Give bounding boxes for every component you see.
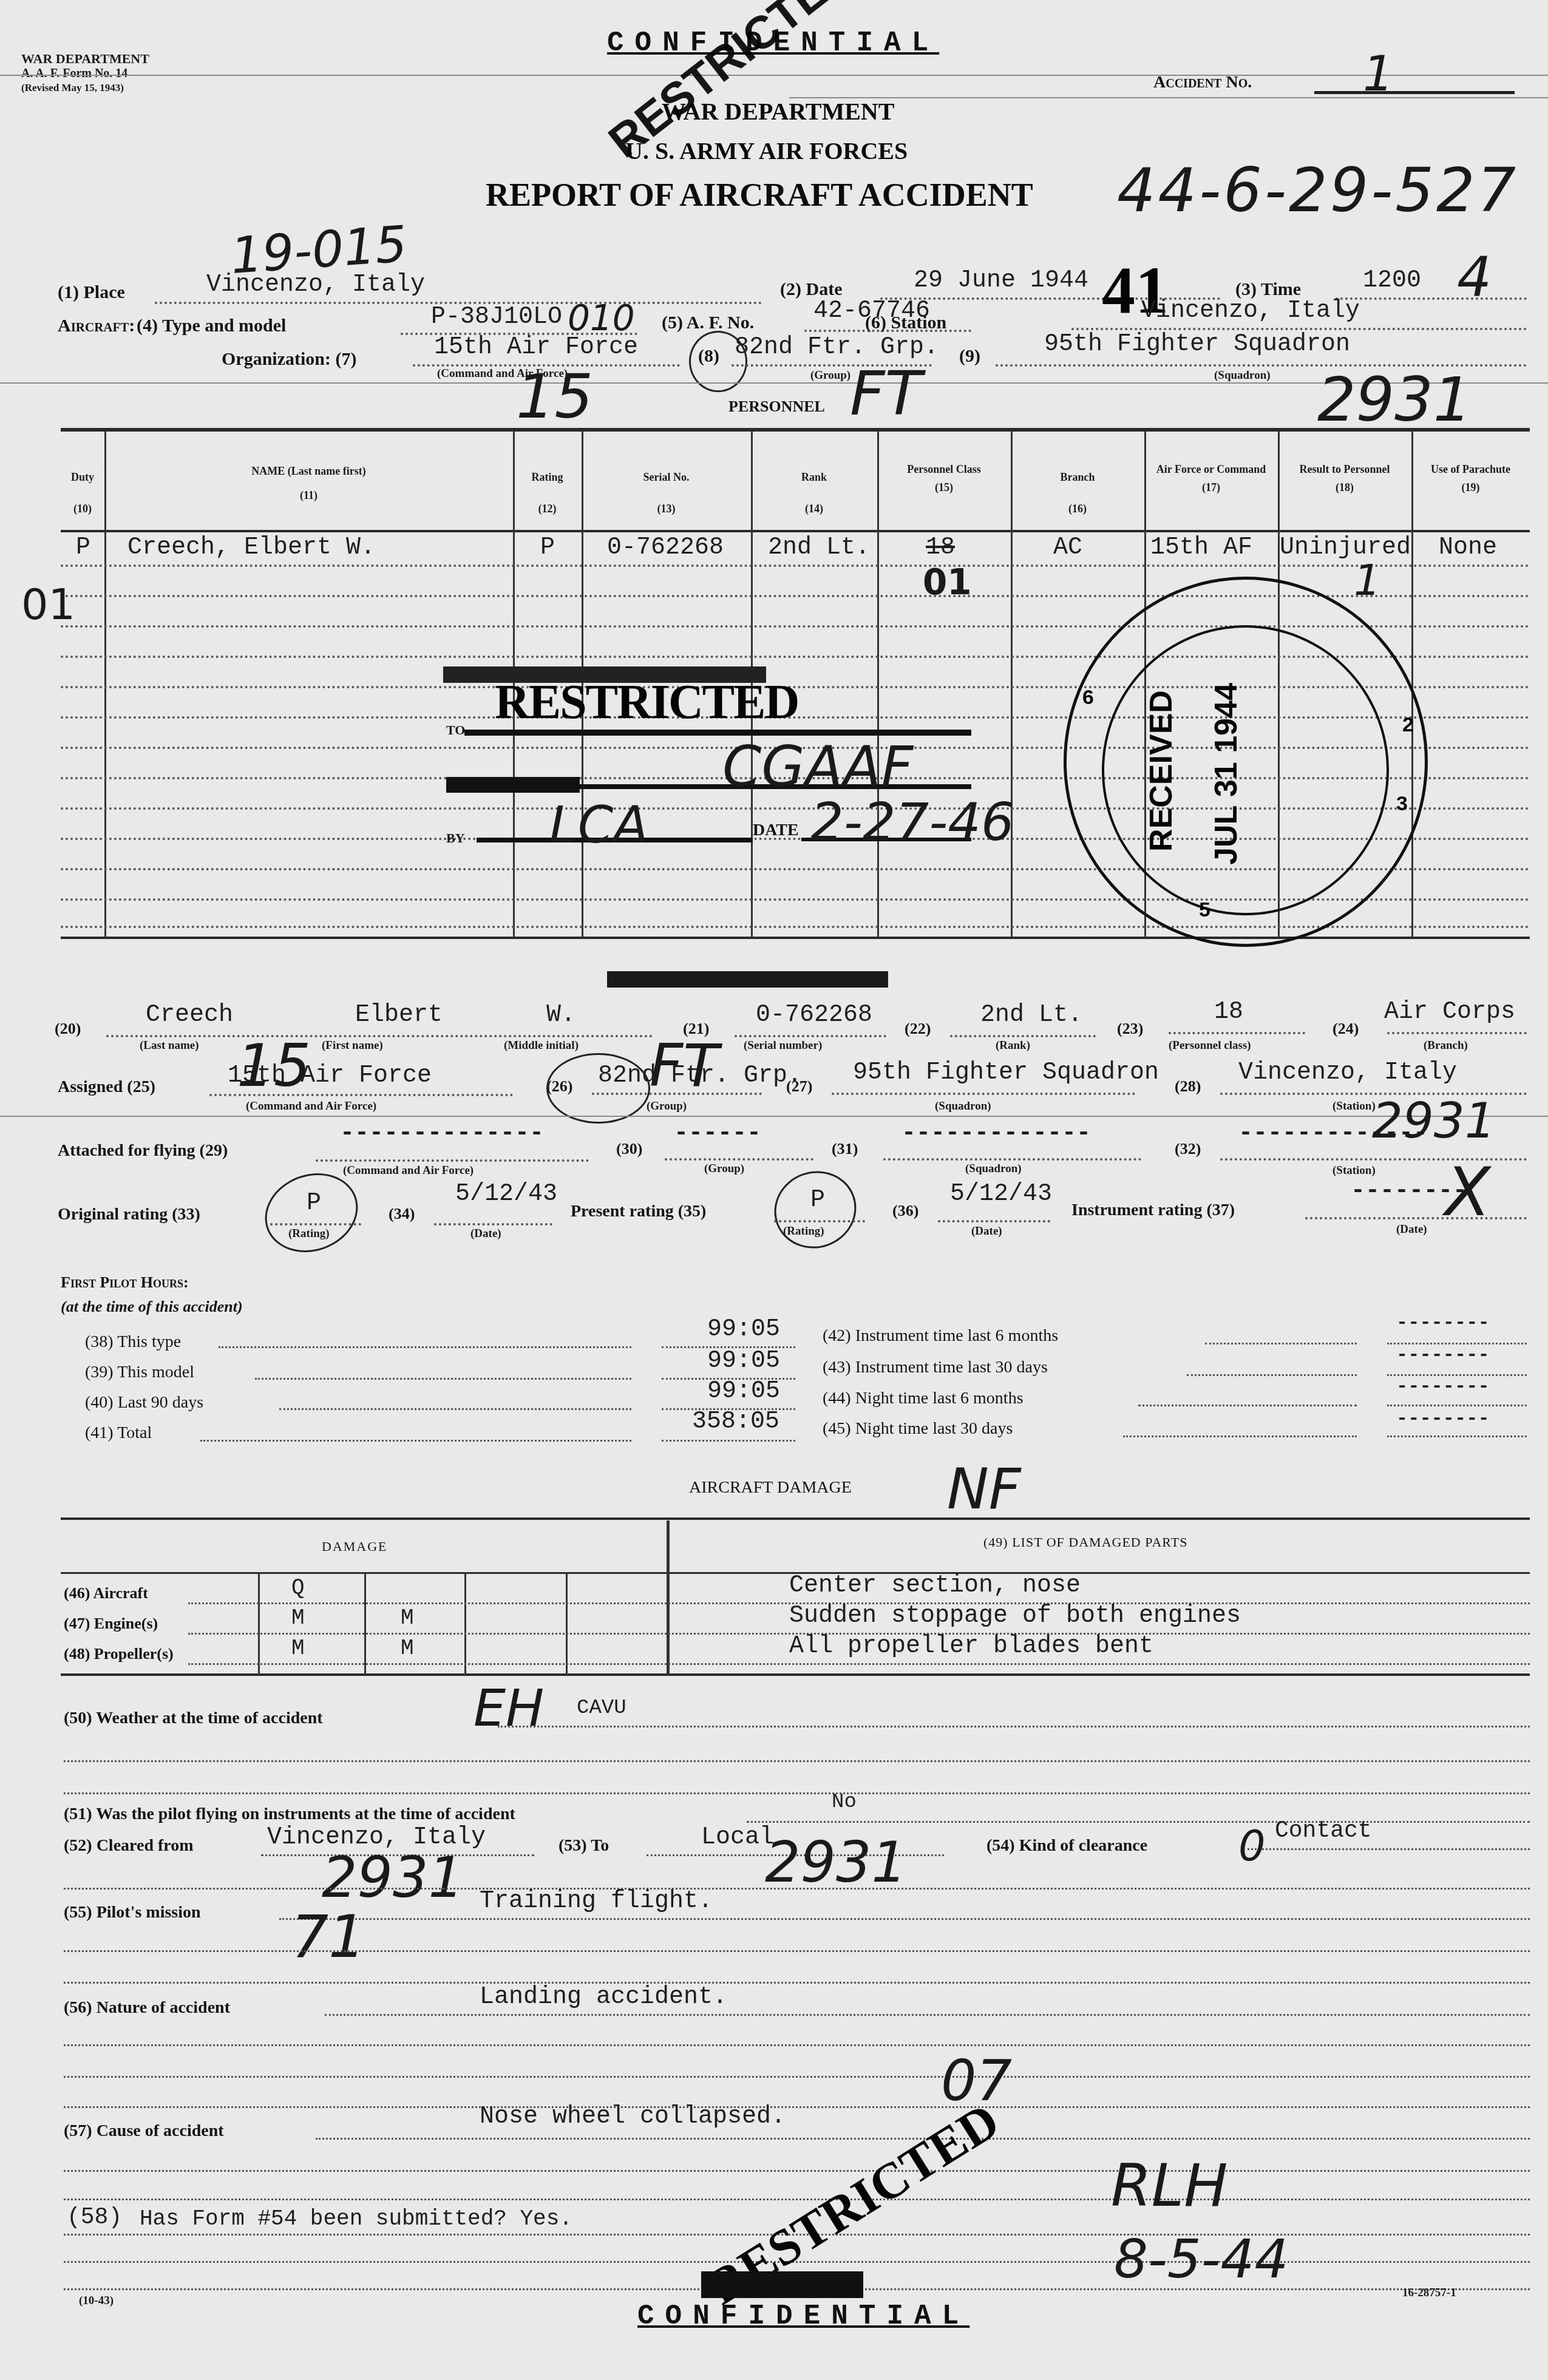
blank-dotline bbox=[64, 1792, 1530, 1794]
cell-serial: 0-762268 bbox=[607, 534, 724, 561]
blank-dotline bbox=[64, 2106, 1530, 2108]
mission-label: (55) Pilot's mission bbox=[64, 1903, 201, 1922]
damaged-part-3: All propeller blades bent bbox=[789, 1633, 1153, 1660]
attached-station-label: (32) bbox=[1175, 1140, 1201, 1158]
present-date-dotline bbox=[938, 1220, 1050, 1222]
col-title: Branch bbox=[1011, 470, 1144, 484]
damage-aircraft-label: (46) Aircraft bbox=[64, 1584, 148, 1602]
original-rating-sub: (Rating) bbox=[288, 1227, 330, 1241]
present-rating-label: Present rating (35) bbox=[571, 1202, 706, 1221]
place-label: (1) Place bbox=[58, 282, 125, 303]
date-value: 29 June 1944 bbox=[914, 267, 1088, 294]
attached-value: -------------- bbox=[340, 1120, 544, 1147]
station-value: Vincenzo, Italy bbox=[1141, 297, 1360, 325]
cell-air-force: 15th AF bbox=[1150, 534, 1252, 561]
blank-dotline bbox=[64, 1982, 1530, 1984]
organization-value: 15th Air Force bbox=[434, 334, 638, 361]
form54-label: (58) bbox=[67, 2205, 122, 2231]
type-model-value: P-38J10LO bbox=[431, 303, 562, 331]
pilot-rank-sub: (Rank) bbox=[996, 1039, 1030, 1053]
original-rating-label: Original rating (33) bbox=[58, 1205, 200, 1224]
damage-col-divider bbox=[464, 1572, 466, 1675]
nature-value: Landing accident. bbox=[480, 1984, 727, 2011]
blank-dotline bbox=[64, 2199, 1530, 2200]
cell-class: 18 bbox=[926, 534, 955, 561]
damage-col-divider bbox=[566, 1572, 568, 1675]
hours-this-model-label: (39) This model bbox=[85, 1363, 194, 1382]
hours-dotline bbox=[1187, 1374, 1357, 1376]
damage-engines-label: (47) Engine(s) bbox=[64, 1615, 158, 1633]
cell-result-handwritten: 1 bbox=[1354, 555, 1381, 605]
pilot-heading: PILOT CONCERNED IN THIS ACCIDENT bbox=[607, 971, 888, 988]
pilot-rank: 2nd Lt. bbox=[980, 1002, 1082, 1029]
damage-engines-c2: M bbox=[401, 1605, 414, 1630]
hours-dotline bbox=[255, 1378, 631, 1380]
attached-label: Attached for flying (29) bbox=[58, 1141, 228, 1161]
attached-group-label: (30) bbox=[616, 1140, 642, 1158]
pilot-class-sub: (Personnel class) bbox=[1169, 1039, 1251, 1053]
attached-dotline bbox=[316, 1159, 589, 1162]
pilot-handwritten-x: X bbox=[1445, 1153, 1490, 1231]
cell-parachute: None bbox=[1439, 534, 1497, 561]
pilot-serial: 0-762268 bbox=[756, 1002, 872, 1029]
received-stamp-digit: 5 bbox=[1199, 898, 1210, 922]
accident-no-value: 1 bbox=[1363, 46, 1394, 102]
pilot-branch-dotline bbox=[1387, 1032, 1527, 1034]
attached-squadron-sub: (Squadron) bbox=[965, 1162, 1022, 1176]
original-date-sub: (Date) bbox=[470, 1227, 501, 1241]
footer-date-handwritten: 8-5-44 bbox=[1114, 2228, 1288, 2290]
hours-dotline bbox=[1387, 1436, 1527, 1437]
hours-dotline bbox=[279, 1408, 631, 1410]
assigned-squadron-label: (27) bbox=[786, 1077, 812, 1096]
group-value: 82nd Ftr. Grp. bbox=[735, 334, 939, 361]
col-title: Duty bbox=[61, 470, 104, 484]
attached-station-sub: (Station) bbox=[1332, 1164, 1376, 1178]
attached-squadron-label: (31) bbox=[832, 1140, 858, 1158]
clearance-value: Contact bbox=[1275, 1818, 1372, 1844]
instruments-dotline bbox=[747, 1821, 1530, 1823]
col-title: Personnel Class bbox=[877, 463, 1011, 476]
col-header-class: Personnel Class(15) bbox=[877, 463, 1011, 494]
assigned-squadron-dotline bbox=[832, 1093, 1135, 1095]
section-divider bbox=[0, 382, 1548, 384]
pilot-middle-initial: W. bbox=[546, 1002, 575, 1029]
present-date-label: (36) bbox=[892, 1202, 918, 1220]
original-date-label: (34) bbox=[389, 1205, 415, 1223]
col-header-parachute: Use of Parachute(19) bbox=[1411, 463, 1530, 494]
damage-bottom-border bbox=[61, 1673, 1530, 1676]
time-dotline bbox=[1336, 297, 1527, 300]
form-revised: (Revised May 15, 1943) bbox=[21, 81, 149, 95]
attached-group-dotline bbox=[665, 1158, 813, 1161]
pilot-last-name-label: (20) bbox=[55, 1020, 81, 1038]
pilot-handwritten-2931: 2931 bbox=[1372, 1093, 1496, 1149]
reclass-authority-value: CGAAF bbox=[722, 734, 913, 799]
pilot-branch: Air Corps bbox=[1384, 998, 1515, 1026]
hours-total-value: 358:05 bbox=[692, 1408, 779, 1436]
damage-propellers-c1: M bbox=[291, 1636, 305, 1661]
squadron-label: (9) bbox=[959, 346, 980, 367]
pilot-last-name: Creech bbox=[146, 1002, 233, 1029]
blank-dotline bbox=[64, 2076, 1530, 2078]
present-rating-sub: (Rating) bbox=[783, 1225, 824, 1238]
hours-last-90-label: (40) Last 90 days bbox=[85, 1393, 203, 1412]
damage-parts-divider bbox=[667, 1521, 670, 1675]
damage-top-border bbox=[61, 1517, 1530, 1520]
print-code-right: 16-28757-1 bbox=[1402, 2287, 1456, 2300]
time-value: 1200 bbox=[1363, 267, 1421, 294]
present-rating-dotline bbox=[774, 1220, 865, 1222]
footer-initials: RLH bbox=[1111, 2152, 1227, 2220]
nature-dotline bbox=[325, 2014, 1530, 2016]
pilot-first-name-sub: (First name) bbox=[322, 1039, 383, 1053]
group-sublabel: (Group) bbox=[810, 369, 850, 382]
col-header-rating: Rating(12) bbox=[513, 470, 582, 515]
col-title: NAME (Last name first) bbox=[104, 464, 513, 478]
weather-label: (50) Weather at the time of accident bbox=[64, 1709, 323, 1728]
col-header-name: NAME (Last name first)(11) bbox=[104, 464, 513, 502]
received-stamp-digit: 6 bbox=[1082, 686, 1094, 710]
blank-dotline bbox=[64, 1888, 1530, 1890]
cause-label: (57) Cause of accident bbox=[64, 2121, 224, 2141]
date-label: (2) Date bbox=[780, 279, 842, 300]
pilot-first-name: Elbert bbox=[355, 1002, 443, 1029]
col-num: (12) bbox=[513, 502, 582, 515]
attached-group-sub: (Group) bbox=[704, 1162, 744, 1176]
pilot-name-dotline bbox=[106, 1035, 653, 1037]
form-dept: WAR DEPARTMENT bbox=[21, 52, 149, 66]
time-label: (3) Time bbox=[1235, 279, 1301, 300]
pilot-handwritten-ft: FT bbox=[650, 1032, 719, 1100]
damage-heading: AIRCRAFT DAMAGE bbox=[689, 1478, 852, 1497]
assigned-sub: (Command and Air Force) bbox=[246, 1100, 376, 1113]
reclass-authority-label: BY AUTHORITY OF bbox=[446, 776, 571, 792]
assigned-squadron-sub: (Squadron) bbox=[935, 1100, 991, 1113]
attached-squadron-dotline bbox=[883, 1158, 1141, 1161]
mission-value: Training flight. bbox=[480, 1888, 713, 1915]
hours-dotline bbox=[662, 1440, 795, 1442]
cleared-from-handwritten: 2931 bbox=[322, 1845, 464, 1910]
col-header-result: Result to Personnel(18) bbox=[1278, 463, 1411, 494]
damaged-parts-heading: (49) LIST OF DAMAGED PARTS bbox=[983, 1534, 1187, 1550]
pilot-rank-dotline bbox=[950, 1035, 1096, 1037]
clearance-dotline bbox=[1248, 1848, 1530, 1850]
assigned-label: Assigned (25) bbox=[58, 1077, 155, 1097]
header-divider-2 bbox=[789, 97, 1548, 98]
pilot-branch-label: (24) bbox=[1332, 1020, 1359, 1038]
reclass-by-label: BY bbox=[446, 830, 465, 846]
table-top-border bbox=[61, 428, 1530, 432]
col-num: (19) bbox=[1411, 481, 1530, 494]
reclass-date-label: DATE bbox=[753, 821, 799, 840]
hours-this-type-label: (38) This type bbox=[85, 1332, 181, 1352]
weather-dotline bbox=[498, 1726, 1530, 1727]
hours-dotline bbox=[219, 1346, 631, 1348]
original-rating-value: P bbox=[307, 1190, 321, 1217]
present-date-sub: (Date) bbox=[971, 1225, 1002, 1238]
to-value: Local bbox=[701, 1824, 774, 1851]
weather-value: CAVU bbox=[577, 1697, 626, 1720]
hours-dotline bbox=[1387, 1405, 1527, 1406]
instrument-rating-sub: (Date) bbox=[1396, 1223, 1427, 1236]
station-dotline bbox=[1071, 328, 1527, 330]
col-divider bbox=[877, 431, 879, 938]
form-identifier: WAR DEPARTMENT A. A. F. Form No. 14 (Rev… bbox=[21, 52, 149, 95]
attached-sub: (Command and Air Force) bbox=[343, 1164, 474, 1178]
squadron-value: 95th Fighter Squadron bbox=[1044, 331, 1350, 358]
pilot-rank-label: (22) bbox=[905, 1020, 931, 1038]
col-num: (15) bbox=[877, 481, 1011, 494]
row-rule bbox=[61, 564, 1530, 567]
original-date-value: 5/12/43 bbox=[455, 1181, 557, 1208]
page-title: REPORT OF AIRCRAFT ACCIDENT bbox=[486, 176, 1033, 214]
reclass-by-value: LCA bbox=[549, 795, 648, 855]
present-rating-value: P bbox=[810, 1187, 825, 1214]
cell-result: Uninjured bbox=[1280, 534, 1411, 561]
received-stamp-date: JUL 31 1944 bbox=[1208, 683, 1244, 865]
footer-redacted-line: RESTRICTED bbox=[701, 2271, 863, 2298]
reclass-date-value: 2-27-46 bbox=[810, 792, 1014, 853]
damage-dotline bbox=[188, 1663, 1530, 1665]
col-num: (18) bbox=[1278, 481, 1411, 494]
assigned-station-value: Vincenzo, Italy bbox=[1238, 1059, 1457, 1087]
mission-dotline bbox=[279, 1918, 1530, 1920]
blank-dotline bbox=[64, 2044, 1530, 2046]
hours-this-type-value: 99:05 bbox=[707, 1316, 780, 1343]
col-header-branch: Branch(16) bbox=[1011, 470, 1144, 515]
weather-handwritten: EH bbox=[474, 1678, 544, 1738]
cell-name: Creech, Elbert W. bbox=[127, 534, 375, 561]
mission-handwritten: 71 bbox=[291, 1903, 365, 1971]
handwritten-code-15: 15 bbox=[516, 361, 593, 432]
cell-duty: P bbox=[76, 534, 90, 561]
received-stamp-digit: 3 bbox=[1396, 792, 1408, 816]
instruments-value: No bbox=[832, 1791, 857, 1814]
night-6mo-label: (44) Night time last 6 months bbox=[823, 1389, 1024, 1408]
accident-no-label: Accident No. bbox=[1153, 73, 1252, 92]
col-title: Use of Parachute bbox=[1411, 463, 1530, 476]
reclass-restricted: RESTRICTED bbox=[495, 675, 798, 730]
assigned-group-sub: (Group) bbox=[647, 1100, 687, 1113]
station-label: (6) Station bbox=[865, 313, 946, 333]
table-bottom-border bbox=[61, 937, 1530, 939]
pilot-class: 18 bbox=[1214, 998, 1243, 1026]
pilot-class-dotline bbox=[1169, 1032, 1305, 1034]
pilot-handwritten-15: 15 bbox=[237, 1032, 311, 1100]
handwritten-code-ft: FT bbox=[850, 358, 922, 429]
handwritten-code-2931: 2931 bbox=[1317, 364, 1472, 435]
table-header-border bbox=[61, 530, 1530, 532]
instrument-6mo-label: (42) Instrument time last 6 months bbox=[823, 1326, 1058, 1346]
personnel-heading: PERSONNEL bbox=[728, 398, 825, 416]
damage-propellers-label: (48) Propeller(s) bbox=[64, 1645, 174, 1663]
assigned-station-label: (28) bbox=[1175, 1077, 1201, 1096]
cleared-from-label: (52) Cleared from bbox=[64, 1836, 194, 1856]
attached-group-value: ------ bbox=[674, 1120, 761, 1147]
instrument-30d-label: (43) Instrument time last 30 days bbox=[823, 1358, 1048, 1377]
hours-dotline bbox=[1138, 1405, 1357, 1406]
classification-bottom: CONFIDENTIAL bbox=[637, 2300, 969, 2332]
col-title: Result to Personnel bbox=[1278, 463, 1411, 476]
col-header-duty: Duty(10) bbox=[61, 470, 104, 515]
accident-no-field bbox=[1314, 91, 1515, 94]
type-model-label: (4) Type and model bbox=[137, 316, 286, 336]
hours-dotline bbox=[1123, 1436, 1357, 1437]
hours-dotline bbox=[200, 1440, 631, 1442]
damage-engines-c1: M bbox=[291, 1605, 305, 1630]
instruments-label: (51) Was the pilot flying on instruments… bbox=[64, 1805, 515, 1824]
col-title: Rating bbox=[513, 470, 582, 484]
reclass-to-label: TO bbox=[446, 722, 465, 738]
col-title: Air Force or Command bbox=[1144, 463, 1278, 476]
col-divider bbox=[1411, 431, 1413, 938]
blank-dotline bbox=[64, 2170, 1530, 2172]
cell-rank: 2nd Lt. bbox=[768, 534, 870, 561]
cell-rating: P bbox=[540, 534, 555, 561]
clearance-handwritten: 0 bbox=[1238, 1821, 1266, 1871]
col-header-rank: Rank(14) bbox=[751, 470, 877, 515]
header-divider bbox=[0, 75, 1548, 76]
hours-heading: First Pilot Hours: bbox=[61, 1273, 189, 1292]
place-value: Vincenzo, Italy bbox=[206, 271, 425, 299]
cell-branch: AC bbox=[1053, 534, 1082, 561]
title-usaaf: U. S. ARMY AIR FORCES bbox=[625, 137, 908, 165]
hours-this-model-value: 99:05 bbox=[707, 1348, 780, 1375]
col-num: (14) bbox=[751, 502, 877, 515]
hours-last-90-value: 99:05 bbox=[707, 1378, 780, 1405]
form-code-left: (10-43) bbox=[79, 2294, 114, 2308]
assigned-squadron-value: 95th Fighter Squadron bbox=[853, 1059, 1159, 1087]
pilot-branch-sub: (Branch) bbox=[1424, 1039, 1468, 1053]
damage-aircraft-c1: Q bbox=[291, 1575, 305, 1600]
night-6mo-value: -------- bbox=[1396, 1375, 1490, 1397]
col-num: (17) bbox=[1144, 481, 1278, 494]
aircraft-label: Aircraft: bbox=[58, 316, 135, 336]
nature-label: (56) Nature of accident bbox=[64, 1998, 230, 2018]
to-handwritten: 2931 bbox=[765, 1830, 907, 1895]
night-30d-value: -------- bbox=[1396, 1407, 1490, 1429]
damage-col-divider bbox=[364, 1572, 366, 1675]
damaged-part-1: Center section, nose bbox=[789, 1572, 1081, 1599]
present-date-value: 5/12/43 bbox=[950, 1181, 1052, 1208]
col-header-serial: Serial No.(13) bbox=[582, 470, 751, 515]
hours-subheading: (at the time of this accident) bbox=[61, 1298, 243, 1316]
damage-col-divider bbox=[258, 1572, 260, 1675]
pilot-serial-sub: (Serial number) bbox=[744, 1039, 822, 1053]
clearance-label: (54) Kind of clearance bbox=[986, 1836, 1147, 1856]
form54-value: Has Form #54 been submitted? Yes. bbox=[140, 2206, 572, 2231]
damaged-part-2: Sudden stoppage of both engines bbox=[789, 1602, 1241, 1630]
instrument-30d-value: -------- bbox=[1396, 1343, 1490, 1366]
hours-total-label: (41) Total bbox=[85, 1423, 152, 1443]
col-num: (10) bbox=[61, 502, 104, 515]
damage-subheading: DAMAGE bbox=[322, 1539, 388, 1554]
hours-dotline bbox=[1205, 1343, 1357, 1344]
attached-squadron-value: ------------- bbox=[901, 1120, 1091, 1147]
col-title: Rank bbox=[751, 470, 877, 484]
pilot-serial-dotline bbox=[735, 1035, 886, 1037]
assigned-station-sub: (Station) bbox=[1332, 1100, 1376, 1113]
instrument-rating-label: Instrument rating (37) bbox=[1071, 1201, 1235, 1220]
col-header-air-force: Air Force or Command(17) bbox=[1144, 463, 1278, 494]
cause-value: Nose wheel collapsed. bbox=[480, 2103, 786, 2131]
organization-label: Organization: (7) bbox=[222, 349, 356, 370]
col-divider bbox=[104, 431, 106, 938]
night-30d-label: (45) Night time last 30 days bbox=[823, 1419, 1013, 1439]
col-title: Serial No. bbox=[582, 470, 751, 484]
cell-class-handwritten: 01 bbox=[923, 561, 972, 603]
pilot-middle-initial-sub: (Middle initial) bbox=[504, 1039, 579, 1053]
blank-dotline bbox=[64, 1950, 1530, 1952]
received-stamp-digit: 2 bbox=[1402, 713, 1414, 737]
time-handwritten: 4 bbox=[1457, 246, 1492, 310]
damage-heading-handwritten: NF bbox=[947, 1457, 1021, 1522]
handwritten-report-number: 44-6-29-527 bbox=[1117, 155, 1518, 226]
original-date-dotline bbox=[434, 1223, 552, 1226]
pilot-divider bbox=[0, 1116, 1548, 1117]
af-no-label: (5) A. F. No. bbox=[662, 313, 754, 333]
pilot-last-name-sub: (Last name) bbox=[140, 1039, 199, 1053]
margin-handwritten: 01 bbox=[21, 580, 75, 629]
instrument-6mo-value: -------- bbox=[1396, 1311, 1490, 1334]
blank-dotline bbox=[64, 1760, 1530, 1762]
type-model-handwritten: 010 bbox=[568, 297, 635, 339]
squadron-sublabel: (Squadron) bbox=[1214, 369, 1271, 382]
form-number: A. A. F. Form No. 14 bbox=[21, 66, 149, 81]
instrument-rating-dotline bbox=[1305, 1217, 1527, 1219]
col-num: (16) bbox=[1011, 502, 1144, 515]
pilot-class-label: (23) bbox=[1117, 1020, 1143, 1038]
received-stamp-word: RECEIVED bbox=[1143, 690, 1180, 852]
to-label: (53) To bbox=[558, 1836, 609, 1856]
damage-propellers-c2: M bbox=[401, 1636, 414, 1661]
original-rating-dotline bbox=[270, 1223, 361, 1226]
col-num: (11) bbox=[104, 489, 513, 502]
col-num: (13) bbox=[582, 502, 751, 515]
